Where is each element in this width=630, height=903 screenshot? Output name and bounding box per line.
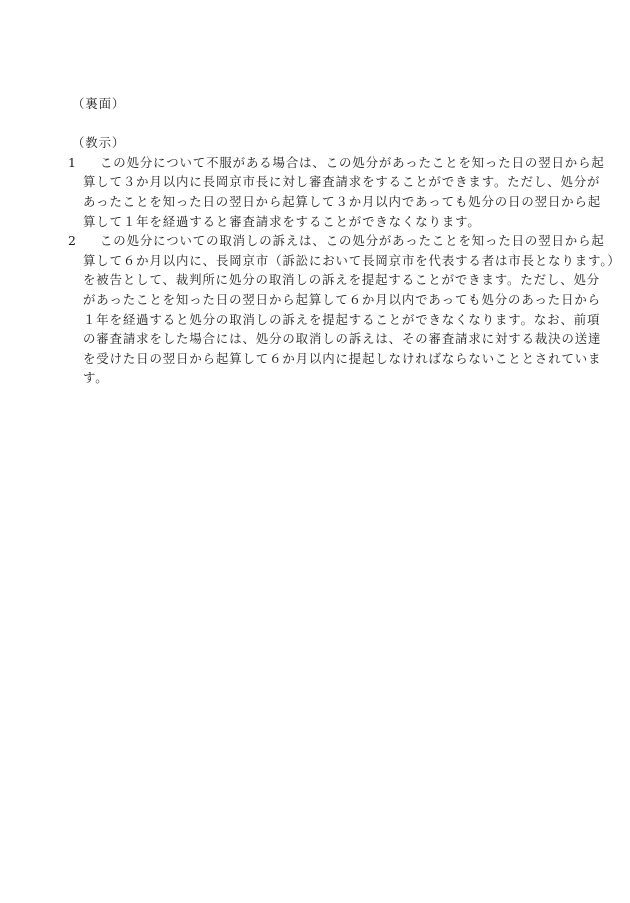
item-line: の審査請求をした場合には、処分の取消しの訴えは、その審査請求に対する裁決の送達: [83, 329, 560, 349]
instruction-item-2: 2 この処分についての取消しの訴えは、この処分があったことを知った日の翌日から起…: [68, 231, 560, 388]
item-line: 算して６か月以内に、長岡京市（訴訟において長岡京市を代表する者は市長となります。…: [83, 251, 560, 271]
item-line: す。: [83, 368, 560, 388]
item-line: あったことを知った日の翌日から起算して３か月以内であっても処分の日の翌日から起: [83, 192, 560, 212]
item-line: 算して３か月以内に長岡京市長に対し審査請求をすることができます。ただし、処分が: [83, 172, 560, 192]
document-page: （裏面） （教示） 1 この処分について不服がある場合は、この処分があったことを…: [68, 94, 560, 388]
item-line: この処分について不服がある場合は、この処分があったことを知った日の翌日から起: [83, 153, 560, 173]
item-number: 1: [68, 153, 82, 173]
item-line: があったことを知った日の翌日から起算して６か月以内であっても処分のあった日から: [83, 290, 560, 310]
item-line: 算して１年を経過すると審査請求をすることができなくなります。: [83, 212, 560, 232]
item-line: を被告として、裁判所に処分の取消しの訴えを提起することができます。ただし、処分: [83, 270, 560, 290]
instruction-item-1: 1 この処分について不服がある場合は、この処分があったことを知った日の翌日から起…: [68, 153, 560, 231]
item-number: 2: [68, 231, 82, 251]
section-title: （教示）: [68, 133, 560, 153]
side-label: （裏面）: [68, 94, 560, 114]
item-line: １年を経過すると処分の取消しの訴えを提起することができなくなります。なお、前項: [83, 310, 560, 330]
item-line: を受けた日の翌日から起算して６か月以内に提起しなければならないこととされていま: [83, 349, 560, 369]
item-line: この処分についての取消しの訴えは、この処分があったことを知った日の翌日から起: [83, 231, 560, 251]
